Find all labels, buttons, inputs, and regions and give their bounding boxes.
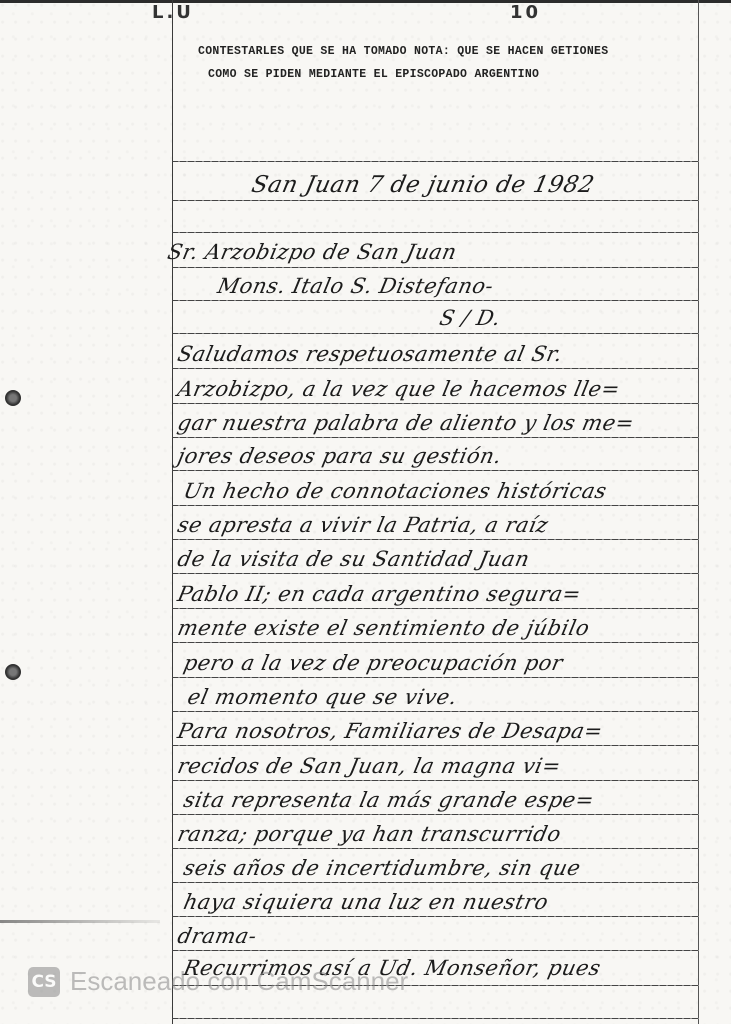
ruled-line [172,642,699,643]
ruled-line [172,745,699,746]
body-line: ranza; porque ya han transcurrido [175,822,563,846]
body-line: jores deseos para su gestión. [175,444,504,468]
top-border [0,0,731,3]
addressee-line: Mons. Italo S. Distefano- [215,274,495,298]
ruled-line [172,539,699,540]
body-line: seis años de incertidumbre, sin que [181,856,583,880]
margin-line-left [172,0,173,1024]
scanned-letter-page: L.U 10 CONTESTARLES QUE SE HA TOMADO NOT… [0,0,731,1024]
body-line: Para nosotros, Familiares de Desapa= [175,719,605,743]
ruled-line [172,780,699,781]
body-line: haya siquiera una luz en nuestro [181,890,550,914]
addressee-line: Sr. Arzobizpo de San Juan [165,240,459,264]
typed-header-note: CONTESTARLES QUE SE HA TOMADO NOTA: QUE … [198,40,698,86]
ruled-line [172,368,699,369]
ruled-line [172,677,699,678]
ruled-line [172,161,699,162]
ruled-line [172,300,699,301]
body-line: se apresta a vivir la Patria, a raíz [175,513,550,537]
ruled-line [172,573,699,574]
body-line: drama- [175,924,259,948]
typed-header-line: CONTESTARLES QUE SE HA TOMADO NOTA: QUE … [198,40,698,63]
ruled-line [172,403,699,404]
top-mark-right: 10 [510,2,541,23]
ruled-line [172,232,699,233]
camscanner-logo-icon: CS [28,967,60,997]
margin-line-right [698,0,699,1024]
body-line: sita representa la más grande espe= [181,788,596,812]
ruled-line [172,950,699,951]
punch-hole-icon [5,664,21,680]
punch-hole-icon [5,390,21,406]
ruled-line [172,916,699,917]
ruled-line [172,848,699,849]
addressee-line: S / D. [437,306,503,330]
ruled-line [172,437,699,438]
body-line: recidos de San Juan, la magna vi= [175,754,563,778]
ruled-line [172,470,699,471]
body-line: de la visita de su Santidad Juan [175,547,531,571]
ruled-line [172,711,699,712]
date-line: San Juan 7 de junio de 1982 [249,172,597,198]
body-line: Un hecho de connotaciones históricas [181,479,609,503]
body-line: pero a la vez de preocupación por [181,651,565,675]
ruled-line [172,333,699,334]
ruled-line [172,608,699,609]
ruled-line [172,1018,699,1019]
body-line: el momento que se vive. [185,685,459,709]
typed-header-line: COMO SE PIDEN MEDIANTE EL EPISCOPADO ARG… [198,63,698,86]
ruled-line [172,882,699,883]
body-line: mente existe el sentimiento de júbilo [175,616,591,640]
watermark-text: Escaneado con CamScanner [70,966,408,997]
ruled-line [172,814,699,815]
ruled-line [172,267,699,268]
scan-smudge [0,920,160,923]
ruled-line [172,505,699,506]
ruled-line [172,200,699,201]
body-line: Pablo II; en cada argentino segura= [175,582,583,606]
body-line: Saludamos respetuosamente al Sr. [175,342,564,366]
body-line: Arzobizpo, a la vez que le hacemos lle= [175,377,622,401]
body-line: gar nuestra palabra de aliento y los me= [175,411,636,435]
camscanner-watermark: CS Escaneado con CamScanner [28,966,408,997]
